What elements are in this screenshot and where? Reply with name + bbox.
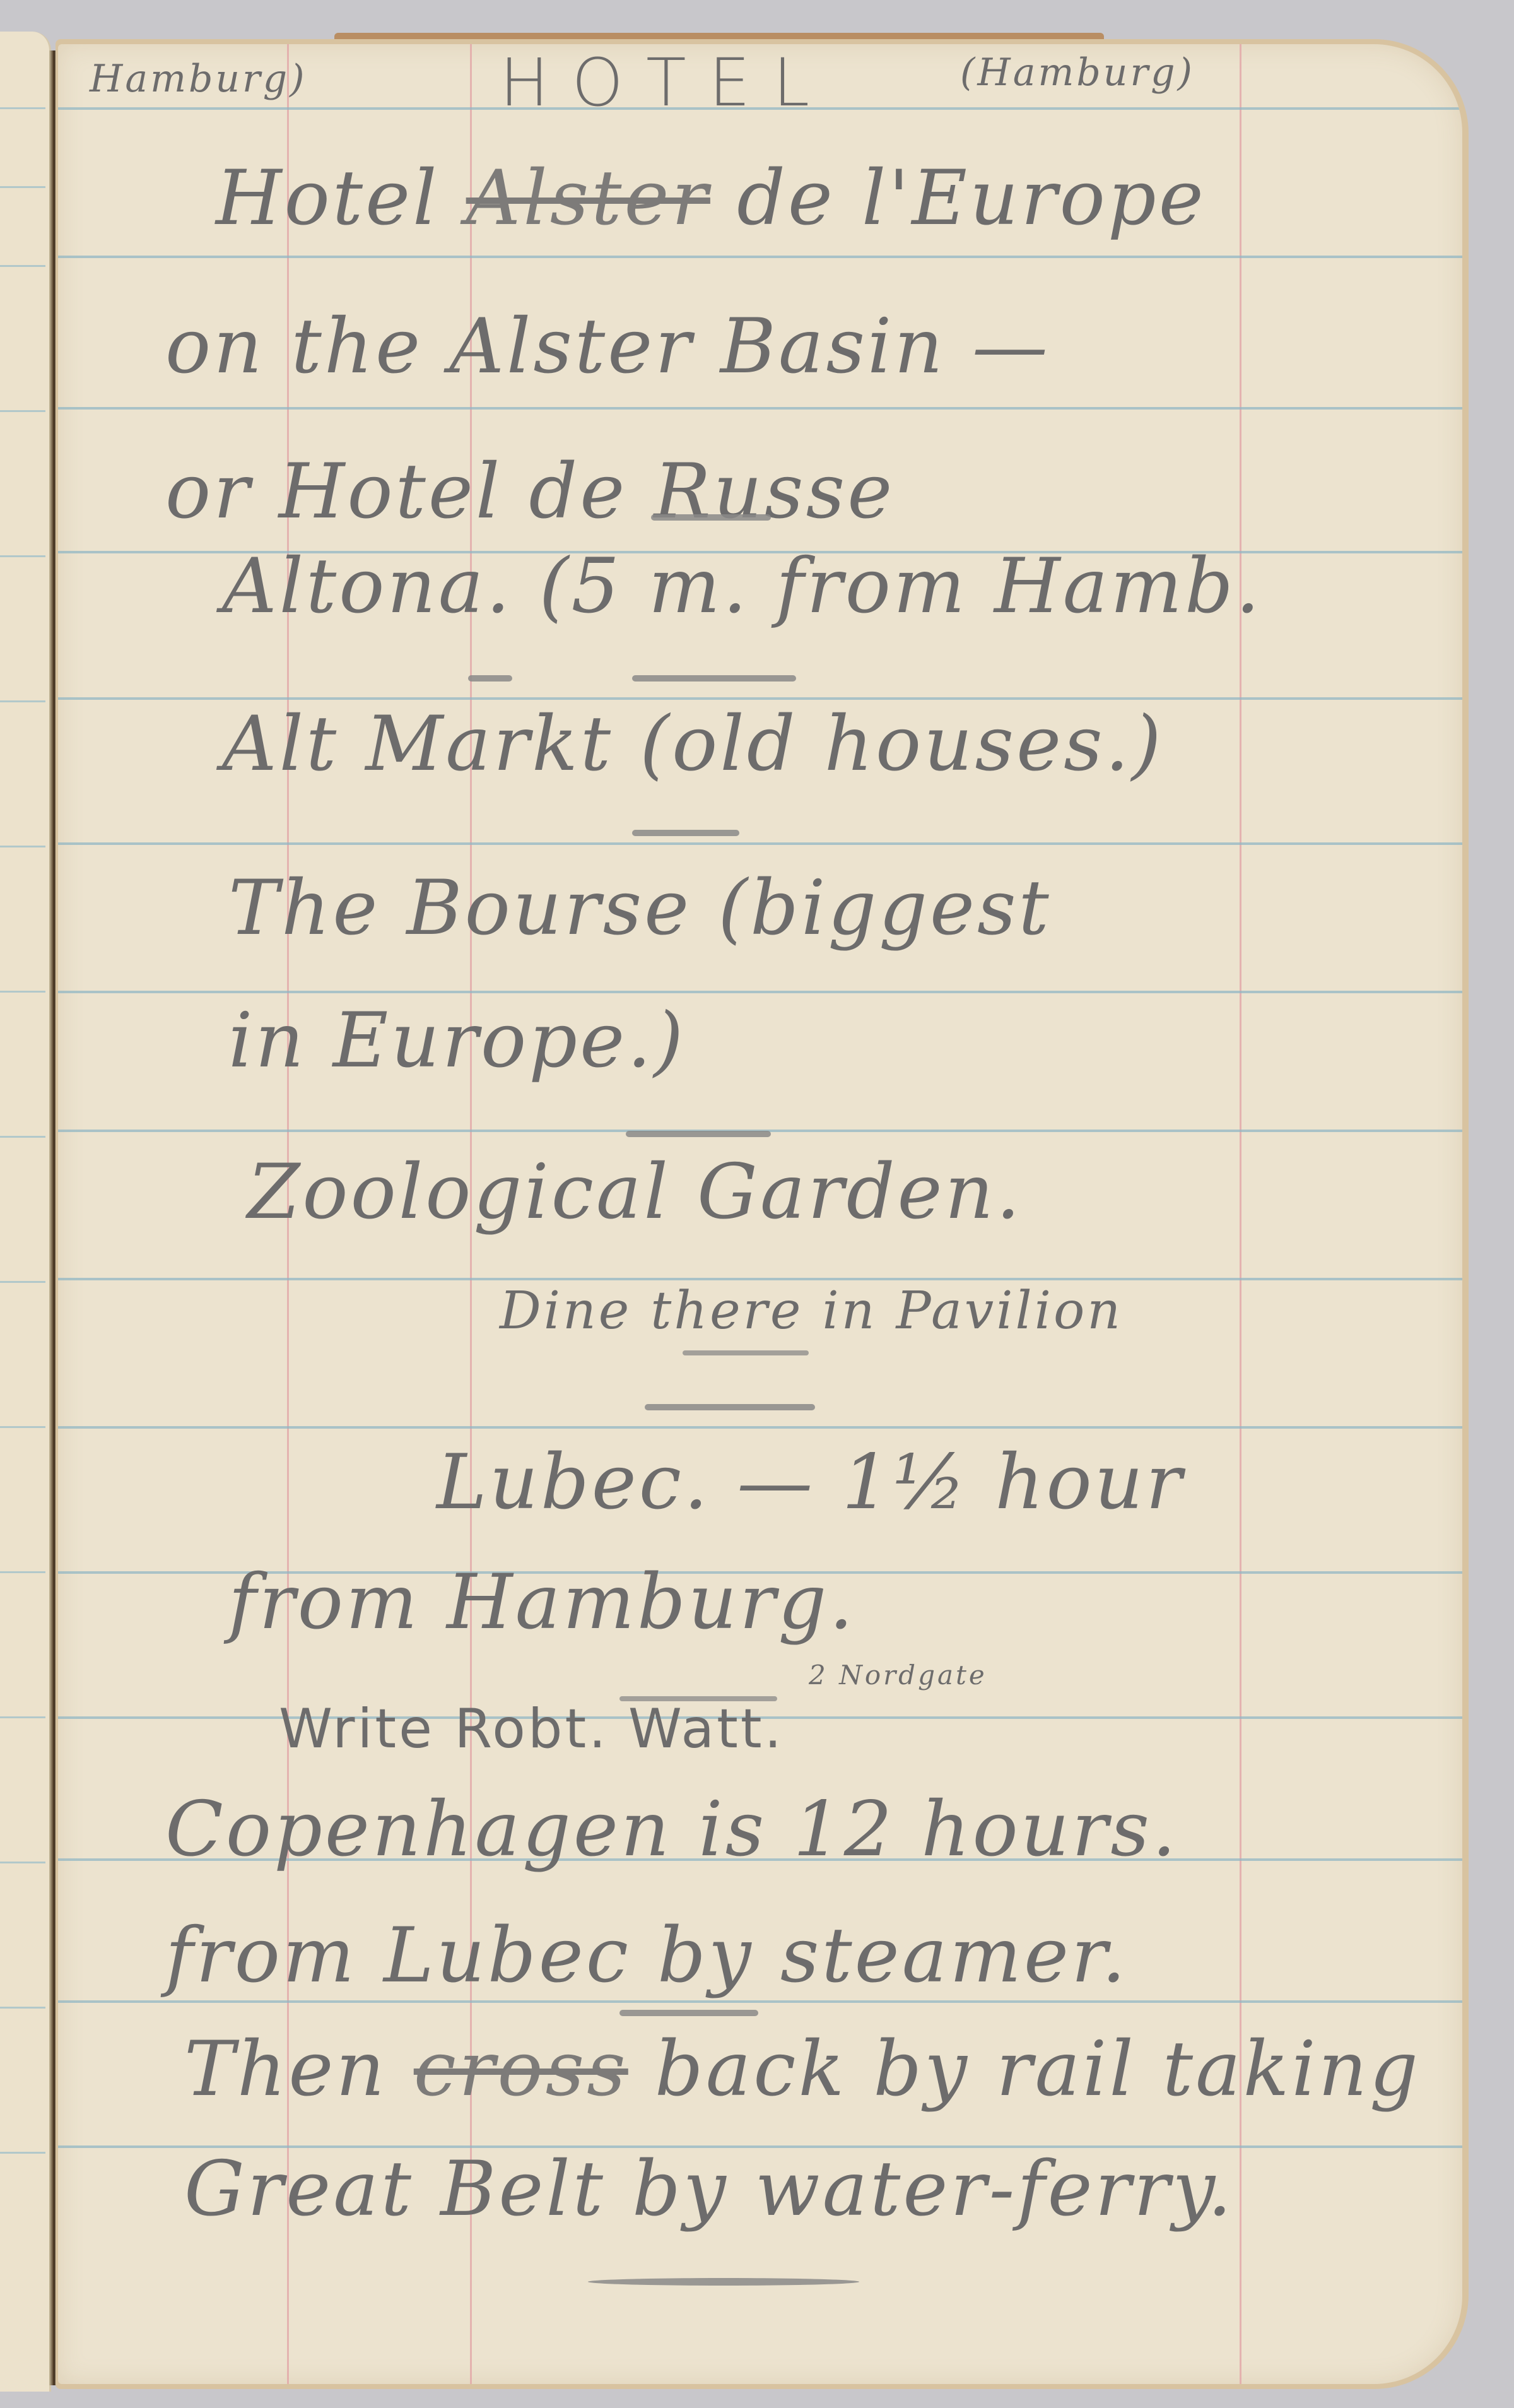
entry-zoo-line2: Dine there in Pavilion — [500, 1281, 1123, 1341]
divider-dash — [468, 675, 512, 682]
struck-word: Alster — [466, 155, 710, 242]
rule-line — [58, 256, 1462, 258]
entry-hotel-europe: Hotel Alster de l'Europe — [216, 155, 1206, 242]
facing-rule-line — [0, 410, 45, 412]
rule-line — [58, 2000, 1462, 2003]
entry-copenhagen-line1: Copenhagen is 12 hours. — [165, 1786, 1178, 1874]
entry-text: back by rail taking — [655, 2026, 1421, 2113]
divider-dash — [632, 830, 739, 836]
entry-text: Then — [184, 2026, 387, 2113]
underline-mark — [619, 1696, 777, 1701]
struck-word: cross — [414, 2026, 628, 2113]
divider-dash — [619, 2010, 758, 2016]
entry-text: de l'Europe — [737, 155, 1206, 242]
facing-rule-line — [0, 846, 45, 847]
divider-dash — [683, 1350, 809, 1355]
facing-rule-line — [0, 1281, 45, 1283]
facing-rule-line — [0, 1571, 45, 1573]
entry-copenhagen-line2: from Lubec by steamer. — [165, 1912, 1128, 2000]
facing-rule-line — [0, 2007, 45, 2009]
facing-rule-line — [0, 700, 45, 702]
entry-alt-markt: Alt Markt (old houses.) — [222, 700, 1164, 788]
rule-line — [58, 1278, 1462, 1280]
entry-bourse-line1: The Bourse (biggest — [228, 865, 1052, 952]
entry-lubec-line2: from Hamburg. — [228, 1559, 855, 1646]
facing-rule-line — [0, 1862, 45, 1863]
divider-dash — [626, 1131, 771, 1137]
entry-watt-address: 2 Nordgate — [809, 1660, 987, 1691]
facing-rule-line — [0, 1426, 45, 1428]
entry-zoo-line1: Zoological Garden. — [247, 1148, 1023, 1236]
header-title-note: (Hamburg) — [960, 50, 1195, 95]
notebook-page: Hamburg) HOTEL (Hamburg) Hotel Alster de… — [58, 44, 1462, 2384]
divider-dash — [632, 675, 796, 682]
rule-line — [58, 842, 1462, 845]
divider-dash — [651, 514, 771, 521]
facing-rule-line — [0, 1716, 45, 1718]
entry-text: Hotel — [216, 155, 440, 242]
rule-line — [58, 697, 1462, 700]
page-title: HOTEL — [500, 44, 832, 121]
rule-line — [58, 1426, 1462, 1429]
closing-flourish — [588, 2278, 859, 2286]
entry-watt: Write Robt. Watt. — [279, 1697, 784, 1761]
facing-rule-line — [0, 1136, 45, 1138]
facing-rule-line — [0, 107, 45, 109]
header-left-note: Hamburg) — [90, 57, 307, 101]
rule-line — [58, 991, 1462, 993]
entry-hotel-russe: or Hotel de Russe — [165, 448, 895, 536]
facing-page-edge — [0, 32, 51, 2392]
entry-alster-basin: on the Alster Basin — — [165, 303, 1050, 391]
facing-rule-line — [0, 991, 45, 993]
facing-rule-line — [0, 186, 45, 188]
entry-altona: Altona. (5 m. from Hamb. — [222, 543, 1262, 630]
rule-line — [58, 407, 1462, 410]
facing-rule-line — [0, 265, 45, 267]
entry-return-line1: Then cross back by rail taking — [184, 2026, 1421, 2113]
entry-return-line2: Great Belt by water-ferry. — [184, 2145, 1234, 2233]
entry-lubec-line1: Lubec. — 1½ hour — [437, 1439, 1184, 1526]
facing-rule-line — [0, 2152, 45, 2154]
divider-dash — [645, 1404, 815, 1410]
entry-bourse-line2: in Europe.) — [228, 997, 686, 1085]
facing-rule-line — [0, 555, 45, 557]
